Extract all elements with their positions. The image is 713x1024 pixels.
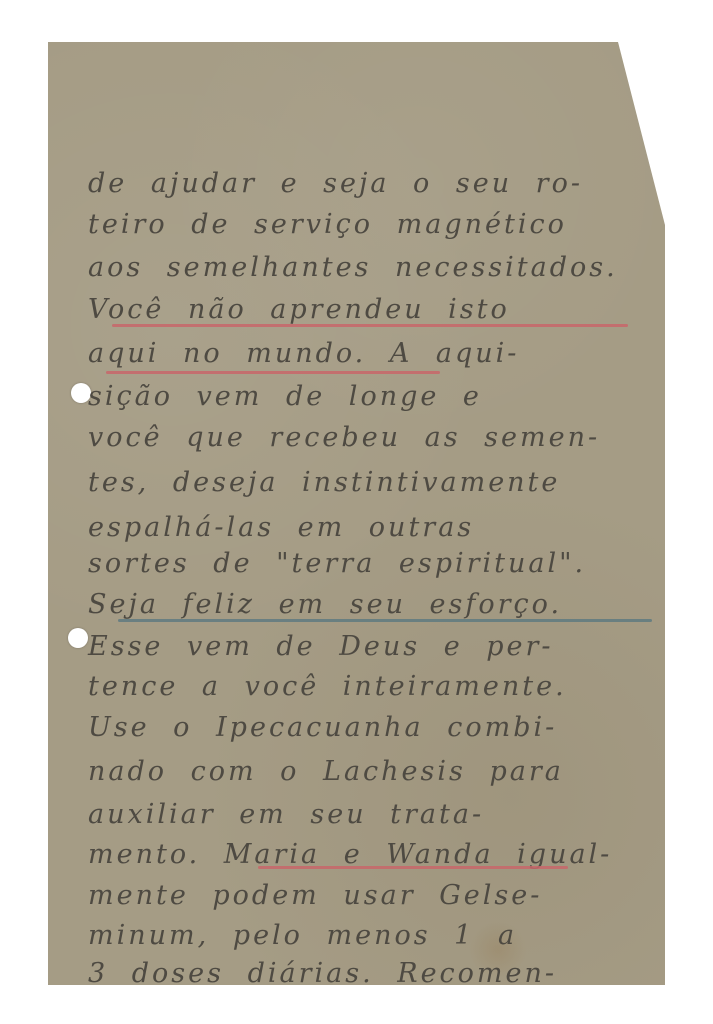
handwritten-line: 3 doses diárias. Recomen-	[88, 954, 663, 994]
handwritten-line: tes, deseja instintivamente	[88, 463, 663, 503]
handwritten-line: sortes de "terra espiritual".	[88, 544, 663, 584]
handwritten-line: mento. Maria e Wanda igual-	[88, 835, 663, 875]
red-pencil-underline	[112, 324, 628, 327]
red-pencil-underline	[106, 371, 440, 374]
handwritten-line: aos semelhantes necessitados.	[88, 248, 663, 288]
handwritten-line: mente podem usar Gelse-	[88, 876, 663, 916]
red-pencil-underline	[258, 866, 568, 869]
handwritten-line: sição vem de longe e	[88, 377, 663, 417]
handwritten-line: auxiliar em seu trata-	[88, 795, 663, 835]
blue-pencil-underline	[118, 619, 652, 622]
handwritten-line: nado com o Lachesis para	[88, 752, 663, 792]
handwritten-line: tence a você inteiramente.	[88, 667, 663, 707]
handwritten-line: minum, pelo menos 1 a	[88, 916, 663, 956]
punch-hole-lower	[68, 628, 88, 648]
handwritten-line: aqui no mundo. A aqui-	[88, 334, 663, 374]
handwritten-line: Esse vem de Deus e per-	[88, 627, 663, 667]
handwritten-line: Use o Ipecacuanha combi-	[88, 708, 663, 748]
handwritten-line: de ajudar e seja o seu ro-	[88, 164, 663, 204]
handwritten-line: teiro de serviço magnético	[88, 205, 663, 245]
handwritten-line: espalhá-las em outras	[88, 508, 663, 548]
handwritten-line: você que recebeu as semen-	[88, 418, 663, 458]
